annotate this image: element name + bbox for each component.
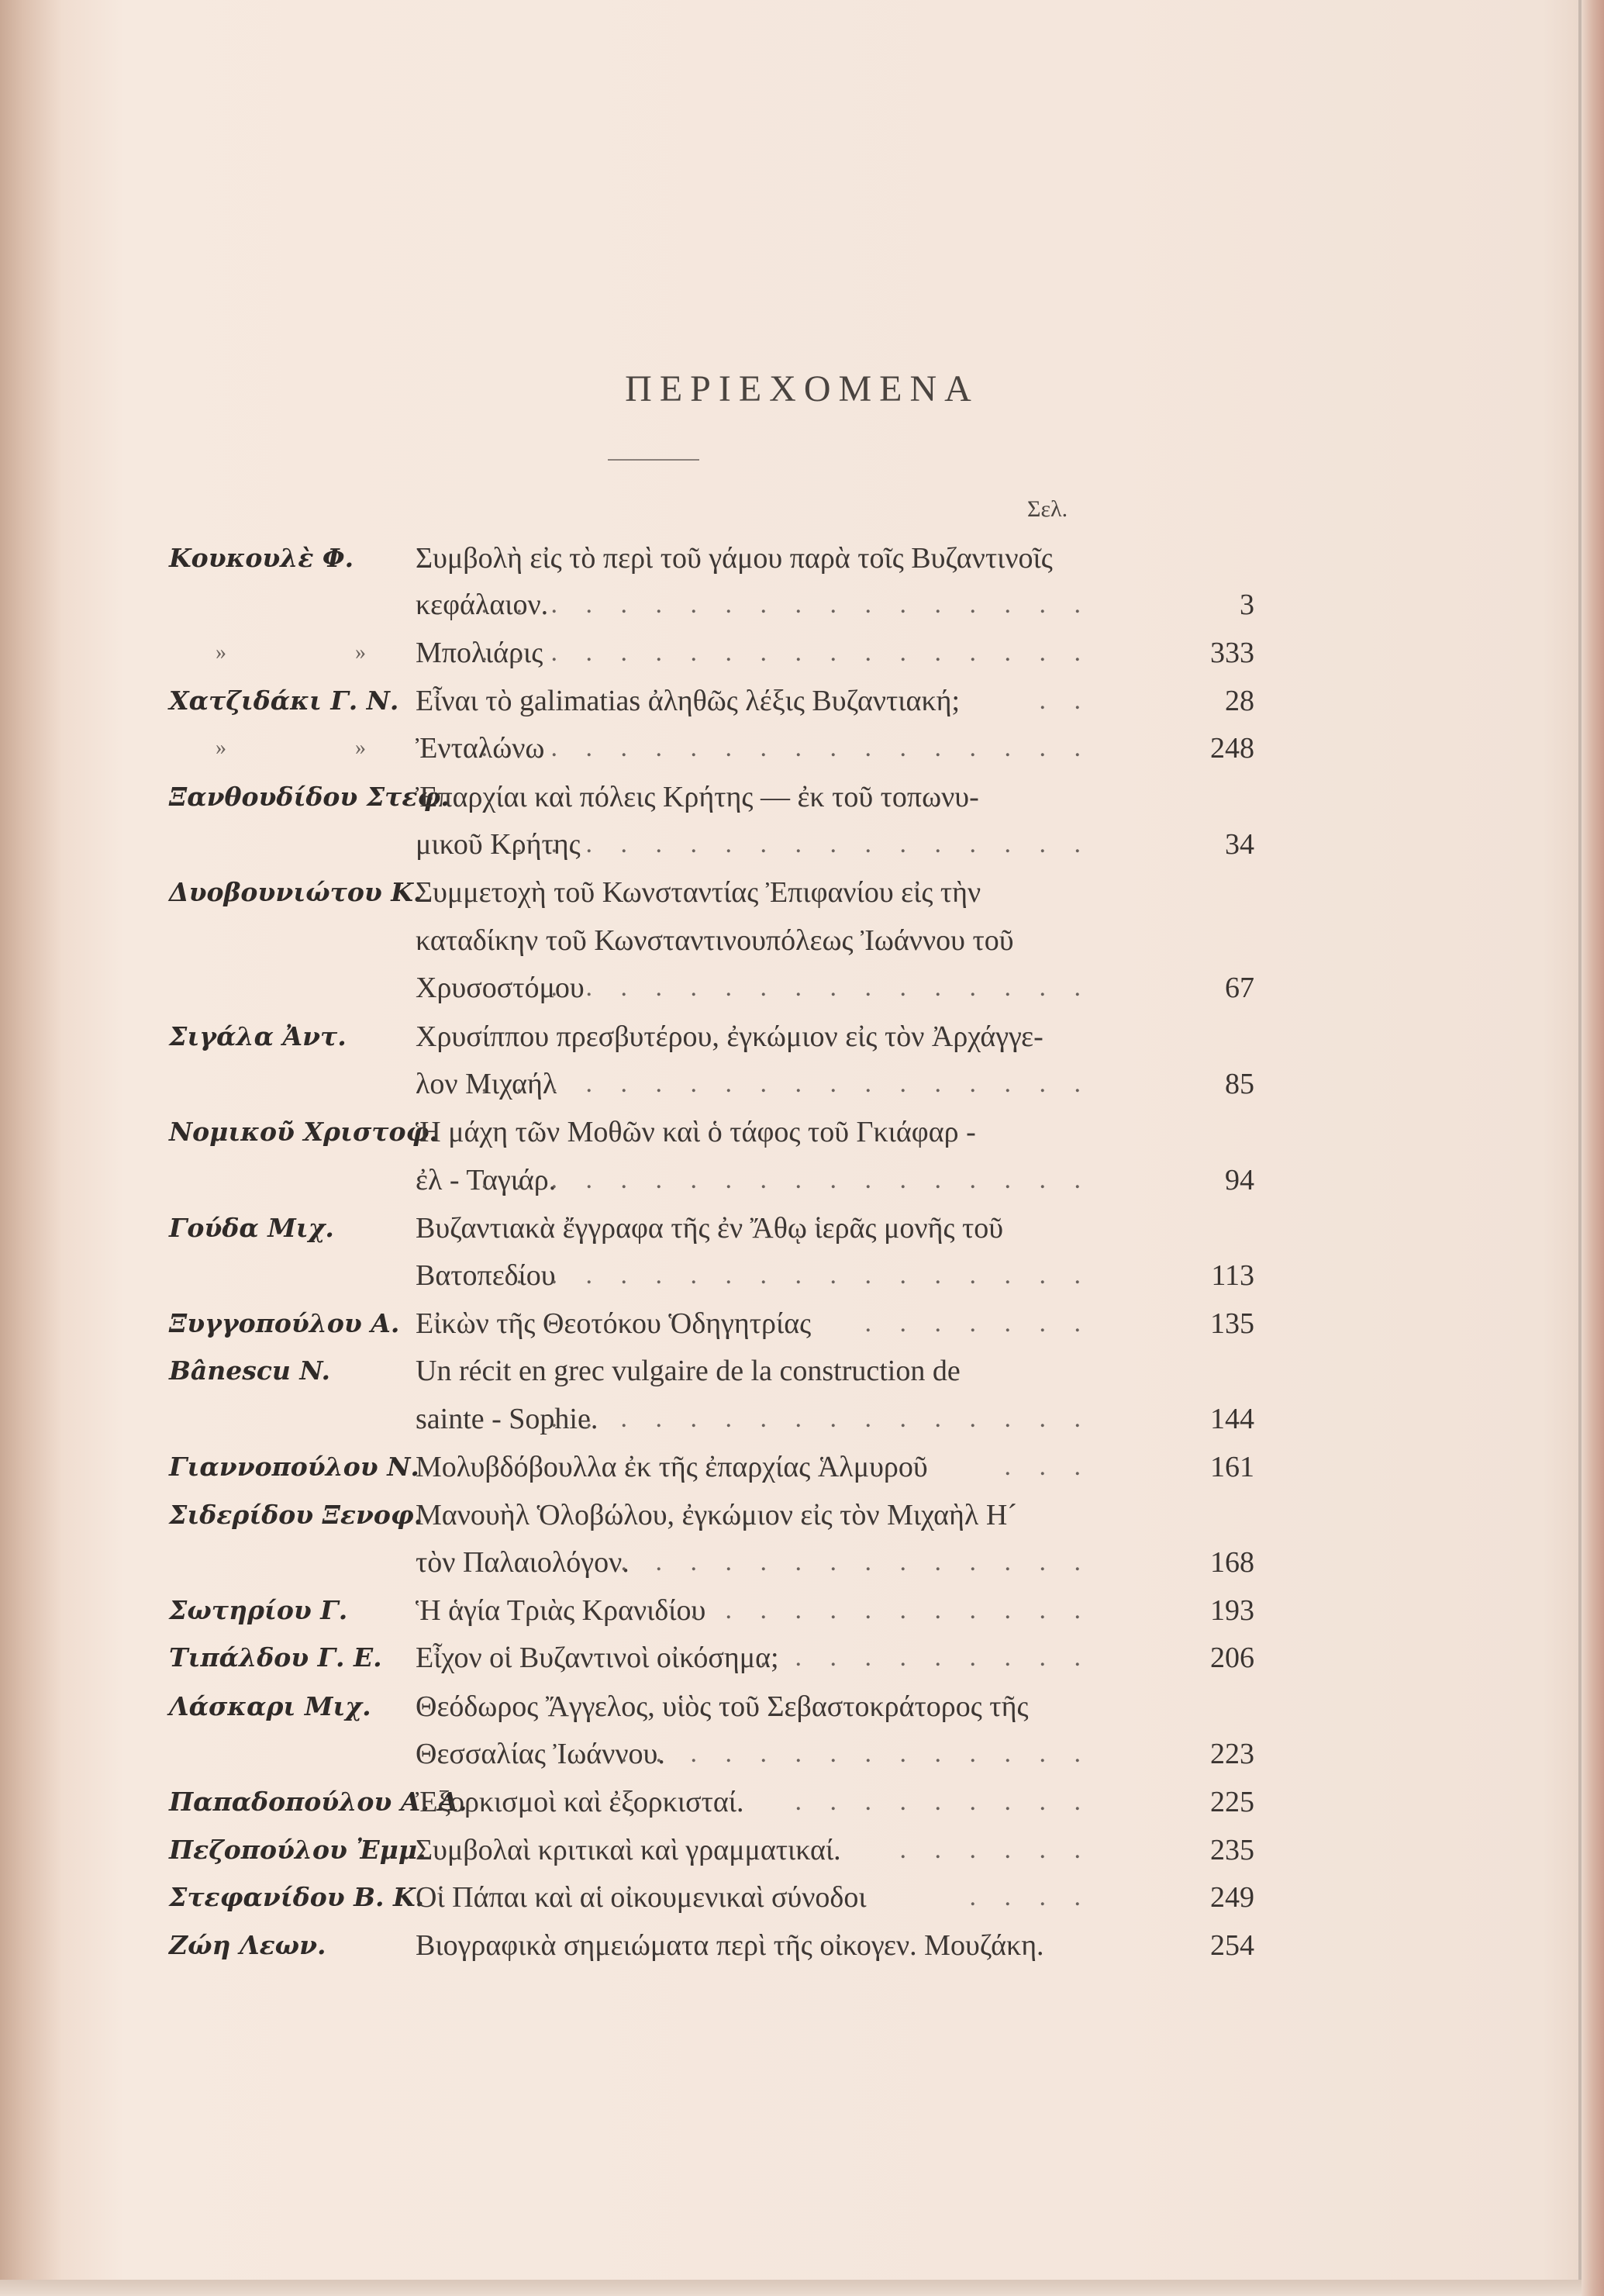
toc-title: Βιογραφικὰ σημειώματα περὶ τῆς οἰκογεν. … [416,1922,1044,1969]
toc-entry: Κουκουλὲ Φ.Συμβολὴ εἰς τὸ περὶ τοῦ γάμου… [169,535,1254,582]
toc-entry: καταδίκην τοῦ Κωνσταντινουπόλεως Ἰωάννου… [169,917,1254,964]
toc-title: Οἱ Πάπαι καὶ αἱ οἰκουμενικαὶ σύνοδοι [416,1874,867,1921]
toc-entry: Χατζιδάκι Γ. Ν.Εἶναι τὸ galimatias ἀληθῶ… [169,678,1254,724]
toc-title: Μολυβδόβουλλα ἐκ τῆς ἐπαρχίας Ἁλμυροῦ [416,1444,928,1490]
toc-title: Βυζαντιακὰ ἔγγραφα τῆς ἐν Ἄθῳ ἱερᾶς μονῆ… [416,1205,1003,1252]
toc-title: τὸν Παλαιολόγον. [416,1539,630,1586]
toc-entry: Ξυγγοπούλου Α.Εἰκὼν τῆς Θεοτόκου Ὁδηγητρ… [169,1300,1254,1347]
toc-entry: »»Μπολιάρις. . . . . . . . . . . . . . .… [169,630,1254,676]
toc-author: Σιδερίδου Ξενοφ. [169,1492,423,1538]
toc-entry: Γιαννοπούλου Ν.Μολυβδόβουλλα ἐκ τῆς ἐπαρ… [169,1444,1254,1490]
toc-author: Σωτηρίου Γ. [169,1587,347,1634]
toc-title: Ἐξορκισμοὶ καὶ ἐξορκισταί. [416,1779,744,1825]
toc-entry: sainte - Sophie.. . . . . . . . . . . . … [169,1396,1254,1442]
toc-page-number: 249 [1161,1874,1254,1921]
toc-page-number: 113 [1161,1252,1254,1299]
dot-leader: . . [1040,678,1092,724]
ditto-mark: » [355,630,366,676]
toc-page-number: 206 [1161,1635,1254,1681]
dot-leader: . . . . [970,1874,1092,1921]
dot-leader: . . . . . . . . . . . . . . . . [551,1396,1092,1442]
dot-leader: . . . . . . . [865,1300,1092,1347]
toc-page-number: 34 [1161,821,1254,868]
toc-page-number: 85 [1161,1061,1254,1107]
toc-title: Εἶχον οἱ Βυζαντινοὶ οἰκόσημα; [416,1635,779,1681]
dot-leader: . . . . . . . . . . . . . . . . . . [481,1061,1092,1107]
page-title: ΠΕΡΙΕΧΟΜΕΝΑ [0,368,1604,410]
toc-title: Συμμετοχὴ τοῦ Κωνσταντίας Ἐπιφανίου εἰς … [416,869,981,916]
toc-page-number: 144 [1161,1396,1254,1442]
ditto-mark: » [216,725,226,772]
toc-page-number: 223 [1161,1731,1254,1777]
page-column-header: Σελ. [1027,496,1068,523]
toc-page-number: 254 [1161,1922,1254,1969]
toc-title: καταδίκην τοῦ Κωνσταντινουπόλεως Ἰωάννου… [416,917,1014,964]
toc-title: Εἶναι τὸ galimatias ἀληθῶς λέξις Βυζαντι… [416,678,960,724]
page-bottom-edge [0,2280,1582,2296]
toc-entry: Bânescu N.Un récit en grec vulgaire de l… [169,1348,1254,1394]
toc-title: Θεόδωρος Ἄγγελος, υἱὸς τοῦ Σεβαστοκράτορ… [416,1683,1029,1730]
dot-leader: . . . . . . . . . . [761,1635,1092,1681]
toc-title: Εἰκὼν τῆς Θεοτόκου Ὁδηγητρίας [416,1300,811,1347]
toc-page-number: 94 [1161,1157,1254,1203]
toc-page-number: 235 [1161,1827,1254,1873]
toc-author: Γιαννοπούλου Ν. [169,1444,419,1490]
dot-leader: . . . . . . . . . . . . . . [621,1731,1092,1777]
toc-author: Πεζοπούλου Ἐμμ. [169,1827,426,1873]
ditto-mark: » [216,630,226,676]
toc-author: Ξυγγοπούλου Α. [169,1300,399,1347]
toc-page-number: 3 [1161,582,1254,628]
toc-entry: Σωτηρίου Γ.Ἡ ἁγία Τριὰς Κρανιδίου. . . .… [169,1587,1254,1634]
toc-page-number: 193 [1161,1587,1254,1634]
toc-author: Χατζιδάκι Γ. Ν. [169,678,398,724]
toc-entry: »»Ἐνταλώνω. . . . . . . . . . . . . . . … [169,725,1254,772]
ditto-mark: » [355,725,366,772]
toc-entry: κεφάλαιον.. . . . . . . . . . . . . . . … [169,582,1254,628]
dot-leader: . . . . . . . . . [795,1779,1092,1825]
dot-leader: . . . . . . [900,1827,1092,1873]
toc-entry: Σιγάλα Ἀντ.Χρυσίππου πρεσβυτέρου, ἐγκώμι… [169,1013,1254,1060]
dot-leader: . . . . . . . . . . . . . . . . . [516,821,1092,868]
toc-entry: ἐλ - Ταγιάρ.. . . . . . . . . . . . . . … [169,1157,1254,1203]
dot-leader: . . . . . . . . . . . . . . . . . . [481,725,1092,772]
toc-author: Στεφανίδου Β. Κ. [169,1874,424,1921]
toc-author: Δυοβουνιώτου Κ. [169,869,422,916]
toc-entry: τὸν Παλαιολόγον.. . . . . . . . . . . . … [169,1539,1254,1586]
toc-author: Γούδα Μιχ. [169,1205,334,1252]
toc-entry: Γούδα Μιχ.Βυζαντιακὰ ἔγγραφα τῆς ἐν Ἄθῳ … [169,1205,1254,1252]
toc-title: Ἐπαρχίαι καὶ πόλεις Κρήτης — ἐκ τοῦ τοπω… [416,774,979,820]
toc-title: Μανουὴλ Ὁλοβώλου, ἐγκώμιον εἰς τὸν Μιχαὴ… [416,1492,1017,1538]
toc-entry: Δυοβουνιώτου Κ.Συμμετοχὴ τοῦ Κωνσταντίας… [169,869,1254,916]
toc-entry: Στεφανίδου Β. Κ.Οἱ Πάπαι καὶ αἱ οἰκουμεν… [169,1874,1254,1921]
toc-entry: Πεζοπούλου Ἐμμ.Συμβολαὶ κριτικαὶ καὶ γρα… [169,1827,1254,1873]
toc-title: Ἡ ἁγία Τριὰς Κρανιδίου [416,1587,705,1634]
toc-author: Ξανθουδίδου Στεφ. [169,774,450,820]
toc-entry: Παπαδοπούλου Α. Α.Ἐξορκισμοὶ καὶ ἐξορκισ… [169,1779,1254,1825]
toc-author: Κουκουλὲ Φ. [169,535,354,582]
dot-leader: . . . . . . . . . . . . . . . . . . [481,582,1092,628]
toc-title: Ἡ μάχη τῶν Μοθῶν καὶ ὁ τάφος τοῦ Γκιάφαρ… [416,1109,976,1155]
dot-leader: . . . . . . . . . . . . . . . . . . [481,630,1092,676]
dot-leader: . . . . . . . . . . . . . . . . . . [481,1157,1092,1203]
dot-leader: . . . . . . . . . . . . [691,1587,1092,1634]
toc-page-number: 28 [1161,678,1254,724]
dot-leader: . . . . . . . . . . . . . . . . [551,965,1092,1011]
toc-page-number: 135 [1161,1300,1254,1347]
toc-title: Συμβολαὶ κριτικαὶ καὶ γραμματικαί. [416,1827,841,1873]
toc-entry: Ζώη Λεων.Βιογραφικὰ σημειώματα περὶ τῆς … [169,1922,1254,1969]
toc-entry: Τιπάλδου Γ. Ε.Εἶχον οἱ Βυζαντινοὶ οἰκόση… [169,1635,1254,1681]
toc-entry: Βατοπεδίου. . . . . . . . . . . . . . . … [169,1252,1254,1299]
toc-author: Ζώη Λεων. [169,1922,326,1969]
toc-entry: Λάσκαρι Μιχ.Θεόδωρος Ἄγγελος, υἱὸς τοῦ Σ… [169,1683,1254,1730]
toc-author: Λάσκαρι Μιχ. [169,1683,371,1730]
toc-entry: Σιδερίδου Ξενοφ.Μανουὴλ Ὁλοβώλου, ἐγκώμι… [169,1492,1254,1538]
toc-title: Un récit en grec vulgaire de la construc… [416,1348,961,1394]
toc-entry: λον Μιχαήλ. . . . . . . . . . . . . . . … [169,1061,1254,1107]
toc-entry: μικοῦ Κρήτης. . . . . . . . . . . . . . … [169,821,1254,868]
dot-leader: . . . . . . . . . . . . . . [621,1539,1092,1586]
title-divider [608,459,699,461]
toc-author: Τιπάλδου Γ. Ε. [169,1635,382,1681]
toc-author: Bânescu N. [169,1348,330,1394]
toc-page-number: 168 [1161,1539,1254,1586]
toc-entry: Νομικοῦ Χριστοφ.Ἡ μάχη τῶν Μοθῶν καὶ ὁ τ… [169,1109,1254,1155]
dot-leader: . . . [1005,1444,1092,1490]
toc-page-number: 248 [1161,725,1254,772]
book-cover-edge [1582,0,1604,2296]
toc-author: Σιγάλα Ἀντ. [169,1013,347,1060]
toc-page-number: 161 [1161,1444,1254,1490]
toc-entry: Ξανθουδίδου Στεφ.Ἐπαρχίαι καὶ πόλεις Κρή… [169,774,1254,820]
dot-leader: . . . . . . . . . . . . . . . . . [516,1252,1092,1299]
toc-page-number: 333 [1161,630,1254,676]
toc-author: Νομικοῦ Χριστοφ. [169,1109,438,1155]
toc-title: Χρυσίππου πρεσβυτέρου, ἐγκώμιον εἰς τὸν … [416,1013,1043,1060]
toc-title: Συμβολὴ εἰς τὸ περὶ τοῦ γάμου παρὰ τοῖς … [416,535,1053,582]
toc-entry: Χρυσοστόμου. . . . . . . . . . . . . . .… [169,965,1254,1011]
toc-entry: Θεσσαλίας Ἰωάννου.. . . . . . . . . . . … [169,1731,1254,1777]
toc-page-number: 67 [1161,965,1254,1011]
toc-page-number: 225 [1161,1779,1254,1825]
